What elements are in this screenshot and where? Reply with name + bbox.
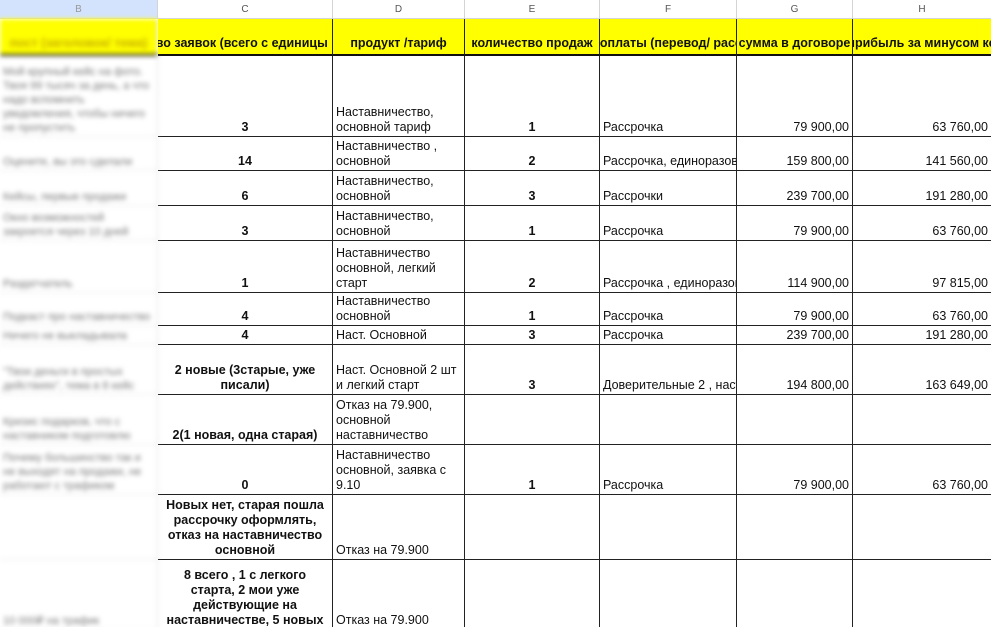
cell-f-row-12[interactable]: [600, 560, 737, 627]
cell-h-row-2[interactable]: 141 560,00: [853, 137, 991, 171]
header-cell-e[interactable]: количество продаж: [465, 19, 600, 56]
cell-c-row-1-text: 3: [242, 120, 249, 135]
cell-f-row-4-text: Рассрочка: [603, 224, 663, 239]
column-header-g[interactable]: G: [737, 0, 853, 19]
cell-f-row-5-text: Рассрочка , единоразово: [603, 276, 737, 291]
column-header-f[interactable]: F: [600, 0, 737, 19]
cell-d-row-2-text: Наставничество , основной: [336, 139, 461, 169]
cell-e-row-4-text: 1: [529, 224, 536, 239]
cell-f-row-7[interactable]: Рассрочка: [600, 326, 737, 345]
cell-h-row-1[interactable]: 63 760,00: [853, 56, 991, 137]
cell-c-row-2[interactable]: 14: [158, 137, 333, 171]
header-cell-c-text: количество заявок (всего с единицы конте…: [158, 36, 333, 51]
cell-g-row-2-text: 159 800,00: [786, 154, 849, 169]
cell-b-row-9-text: Кризис подарков, что с наставником подго…: [3, 415, 154, 443]
cell-c-row-1[interactable]: 3: [158, 56, 333, 137]
cell-f-row-8[interactable]: Доверительные 2 , наставничество: [600, 345, 737, 395]
cell-b-row-6-text: Подкаст про наставничество: [3, 310, 150, 324]
cell-g-row-12[interactable]: [737, 560, 853, 627]
header-cell-g-text: сумма в договоре: [739, 36, 851, 51]
cell-h-row-10[interactable]: 63 760,00: [853, 445, 991, 495]
cell-h-row-7-text: 191 280,00: [925, 328, 988, 343]
cell-f-row-8-text: Доверительные 2 , наставничество: [603, 378, 737, 393]
cell-d-row-6-text: Наставничество основной: [336, 294, 461, 324]
cell-b-row-1[interactable]: Мой крупный кейс на фото. Твоя 99 тысяч …: [0, 56, 158, 137]
cell-f-row-5[interactable]: Рассрочка , единоразово: [600, 241, 737, 293]
cell-d-row-11[interactable]: Отказ на 79.900: [333, 495, 465, 560]
cell-f-row-1[interactable]: Рассрочка: [600, 56, 737, 137]
cell-d-row-9-text: Отказ на 79.900, основной наставничество: [336, 398, 461, 443]
cell-g-row-7-text: 239 700,00: [786, 328, 849, 343]
header-cell-d[interactable]: продукт /тариф: [333, 19, 465, 56]
cell-c-row-3[interactable]: 6: [158, 171, 333, 206]
cell-f-row-3-text: Рассрочки: [603, 189, 663, 204]
cell-f-row-10-text: Рассрочка: [603, 478, 663, 493]
cell-d-row-10-text: Наставничество основной, заявка с 9.10: [336, 448, 461, 493]
cell-f-row-11[interactable]: [600, 495, 737, 560]
spreadsheet: BCDEFGHпост (заголовок/ тема)количество …: [0, 0, 991, 627]
cell-d-row-7[interactable]: Наст. Основной: [333, 326, 465, 345]
cell-b-row-3-text: Кейсы, первые продажи: [3, 190, 126, 204]
cell-e-row-6-text: 1: [529, 309, 536, 324]
cell-h-row-8[interactable]: 163 649,00: [853, 345, 991, 395]
cell-h-row-9[interactable]: [853, 395, 991, 445]
cell-c-row-12-text: 8 всего , 1 с легкого старта, 2 мои уже …: [161, 568, 329, 627]
column-header-c[interactable]: C: [158, 0, 333, 19]
cell-b-row-8-text: "Твои деньги в простых действиях", тема …: [3, 365, 154, 393]
cell-e-row-4[interactable]: 1: [465, 206, 600, 241]
cell-c-row-8-text: 2 новые (3старые, уже писали): [161, 363, 329, 393]
cell-e-row-10-text: 1: [529, 478, 536, 493]
cell-b-row-2-text: Оцените, вы это сделали: [3, 155, 132, 169]
cell-b-row-6[interactable]: Подкаст про наставничество: [0, 293, 158, 326]
cell-d-row-4[interactable]: Наставничество, основной: [333, 206, 465, 241]
cell-b-row-2[interactable]: Оцените, вы это сделали: [0, 137, 158, 171]
cell-c-row-7[interactable]: 4: [158, 326, 333, 345]
cell-e-row-5-text: 2: [529, 276, 536, 291]
cell-h-row-1-text: 63 760,00: [932, 120, 988, 135]
cell-f-row-6-text: Рассрочка: [603, 309, 663, 324]
cell-g-row-10-text: 79 900,00: [793, 478, 849, 493]
cell-b-row-4-text: Окно возможностей закроется через 10 дне…: [3, 211, 154, 239]
column-header-d[interactable]: D: [333, 0, 465, 19]
cell-d-row-7-text: Наст. Основной: [336, 328, 427, 343]
cell-e-row-5[interactable]: 2: [465, 241, 600, 293]
cell-b-row-5-text: Раздатчатель: [3, 277, 73, 291]
header-cell-c[interactable]: количество заявок (всего с единицы конте…: [158, 19, 333, 56]
cell-d-row-12-text: Отказ на 79.900: [336, 613, 429, 627]
header-cell-h-text: чистая прибыль за минусом комиссий: [853, 36, 991, 51]
cell-e-row-11[interactable]: [465, 495, 600, 560]
header-cell-f[interactable]: форма оплаты (перевод/ рассрочка): [600, 19, 737, 56]
header-cell-b-text: пост (заголовок/ тема): [10, 36, 148, 51]
cell-c-row-8[interactable]: 2 новые (3старые, уже писали): [158, 345, 333, 395]
column-header-e[interactable]: E: [465, 0, 600, 19]
cell-g-row-9[interactable]: [737, 395, 853, 445]
cell-c-row-6-text: 4: [242, 309, 249, 324]
cell-e-row-12[interactable]: [465, 560, 600, 627]
cell-c-row-4-text: 3: [242, 224, 249, 239]
cell-g-row-2[interactable]: 159 800,00: [737, 137, 853, 171]
cell-b-row-1-text: Мой крупный кейс на фото. Твоя 99 тысяч …: [3, 65, 154, 135]
cell-b-row-7-text: Ничего не выкладывала: [3, 329, 127, 343]
cell-c-row-5[interactable]: 1: [158, 241, 333, 293]
cell-e-row-1-text: 1: [529, 120, 536, 135]
cell-c-row-9-text: 2(1 новая, одна старая): [173, 428, 318, 443]
cell-f-row-4[interactable]: Рассрочка: [600, 206, 737, 241]
cell-e-row-2-text: 2: [529, 154, 536, 169]
cell-f-row-9[interactable]: [600, 395, 737, 445]
cell-g-row-8-text: 194 800,00: [786, 378, 849, 393]
cell-h-row-3-text: 191 280,00: [925, 189, 988, 204]
cell-c-row-4[interactable]: 3: [158, 206, 333, 241]
cell-g-row-1[interactable]: 79 900,00: [737, 56, 853, 137]
cell-c-row-12[interactable]: 8 всего , 1 с легкого старта, 2 мои уже …: [158, 560, 333, 627]
cell-h-row-7[interactable]: 191 280,00: [853, 326, 991, 345]
cell-g-row-4-text: 79 900,00: [793, 224, 849, 239]
cell-h-row-11[interactable]: [853, 495, 991, 560]
cell-d-row-5-text: Наставничество основной, легкий старт: [336, 246, 461, 291]
cell-g-row-11[interactable]: [737, 495, 853, 560]
cell-b-row-11[interactable]: [0, 495, 158, 560]
cell-h-row-4-text: 63 760,00: [932, 224, 988, 239]
header-cell-f-text: форма оплаты (перевод/ рассрочка): [600, 36, 737, 51]
cell-d-row-9[interactable]: Отказ на 79.900, основной наставничество: [333, 395, 465, 445]
cell-d-row-6[interactable]: Наставничество основной: [333, 293, 465, 326]
cell-f-row-6[interactable]: Рассрочка: [600, 293, 737, 326]
header-cell-d-text: продукт /тариф: [350, 36, 446, 51]
cell-c-row-10[interactable]: 0: [158, 445, 333, 495]
cell-d-row-11-text: Отказ на 79.900: [336, 543, 429, 558]
cell-h-row-5[interactable]: 97 815,00: [853, 241, 991, 293]
header-cell-h[interactable]: чистая прибыль за минусом комиссий: [853, 19, 991, 56]
cell-g-row-8[interactable]: 194 800,00: [737, 345, 853, 395]
cell-g-row-4[interactable]: 79 900,00: [737, 206, 853, 241]
cell-b-row-4[interactable]: Окно возможностей закроется через 10 дне…: [0, 206, 158, 241]
header-cell-b[interactable]: пост (заголовок/ тема): [0, 19, 158, 56]
cell-b-row-12-text: 10 000₽ на трафик: [3, 614, 99, 627]
cell-c-row-11[interactable]: Новых нет, старая пошла рассрочку оформл…: [158, 495, 333, 560]
cell-d-row-5[interactable]: Наставничество основной, легкий старт: [333, 241, 465, 293]
cell-e-row-8[interactable]: 3: [465, 345, 600, 395]
cell-c-row-5-text: 1: [242, 276, 249, 291]
cell-g-row-3-text: 239 700,00: [786, 189, 849, 204]
cell-h-row-8-text: 163 649,00: [925, 378, 988, 393]
cell-g-row-6[interactable]: 79 900,00: [737, 293, 853, 326]
cell-e-row-8-text: 3: [529, 378, 536, 393]
cell-e-row-7[interactable]: 3: [465, 326, 600, 345]
cell-h-row-6-text: 63 760,00: [932, 309, 988, 324]
cell-e-row-10[interactable]: 1: [465, 445, 600, 495]
cell-d-row-12[interactable]: Отказ на 79.900: [333, 560, 465, 627]
cell-e-row-2[interactable]: 2: [465, 137, 600, 171]
cell-e-row-6[interactable]: 1: [465, 293, 600, 326]
cell-b-row-9[interactable]: Кризис подарков, что с наставником подго…: [0, 395, 158, 445]
cell-c-row-9[interactable]: 2(1 новая, одна старая): [158, 395, 333, 445]
column-header-b[interactable]: B: [0, 0, 158, 19]
cell-c-row-2-text: 14: [238, 154, 252, 169]
cell-c-row-10-text: 0: [242, 478, 249, 493]
cell-d-row-10[interactable]: Наставничество основной, заявка с 9.10: [333, 445, 465, 495]
cell-d-row-3[interactable]: Наставничество, основной: [333, 171, 465, 206]
cell-b-row-10[interactable]: Почему большинство так и не выходят на п…: [0, 445, 158, 495]
cell-f-row-7-text: Рассрочка: [603, 328, 663, 343]
cell-b-row-5[interactable]: Раздатчатель: [0, 241, 158, 293]
cell-b-row-10-text: Почему большинство так и не выходят на п…: [3, 451, 154, 493]
header-cell-g[interactable]: сумма в договоре: [737, 19, 853, 56]
cell-h-row-2-text: 141 560,00: [925, 154, 988, 169]
cell-c-row-7-text: 4: [242, 328, 249, 343]
cell-h-row-4[interactable]: 63 760,00: [853, 206, 991, 241]
cell-e-row-9[interactable]: [465, 395, 600, 445]
cell-c-row-6[interactable]: 4: [158, 293, 333, 326]
cell-g-row-3[interactable]: 239 700,00: [737, 171, 853, 206]
cell-g-row-1-text: 79 900,00: [793, 120, 849, 135]
cell-e-row-3[interactable]: 3: [465, 171, 600, 206]
cell-e-row-7-text: 3: [529, 328, 536, 343]
cell-h-row-12[interactable]: [853, 560, 991, 627]
cell-f-row-2[interactable]: Рассрочка, единоразово: [600, 137, 737, 171]
cell-b-row-7[interactable]: Ничего не выкладывала: [0, 326, 158, 345]
cell-f-row-1-text: Рассрочка: [603, 120, 663, 135]
cell-g-row-5[interactable]: 114 900,00: [737, 241, 853, 293]
cell-b-row-12[interactable]: 10 000₽ на трафик: [0, 560, 158, 627]
cell-g-row-6-text: 79 900,00: [793, 309, 849, 324]
column-header-h[interactable]: H: [853, 0, 991, 19]
cell-h-row-5-text: 97 815,00: [932, 276, 988, 291]
cell-h-row-10-text: 63 760,00: [932, 478, 988, 493]
cell-e-row-3-text: 3: [529, 189, 536, 204]
cell-d-row-1-text: Наставничество, основной тариф: [336, 105, 461, 135]
cell-g-row-10[interactable]: 79 900,00: [737, 445, 853, 495]
cell-c-row-11-text: Новых нет, старая пошла рассрочку оформл…: [161, 498, 329, 558]
cell-c-row-3-text: 6: [242, 189, 249, 204]
cell-h-row-3[interactable]: 191 280,00: [853, 171, 991, 206]
cell-f-row-2-text: Рассрочка, единоразово: [603, 154, 737, 169]
cell-h-row-6[interactable]: 63 760,00: [853, 293, 991, 326]
cell-d-row-8[interactable]: Наст. Основной 2 шт и легкий старт: [333, 345, 465, 395]
cell-d-row-8-text: Наст. Основной 2 шт и легкий старт: [336, 363, 461, 393]
cell-g-row-5-text: 114 900,00: [787, 276, 849, 291]
cell-b-row-3[interactable]: Кейсы, первые продажи: [0, 171, 158, 206]
cell-b-row-8[interactable]: "Твои деньги в простых действиях", тема …: [0, 345, 158, 395]
cell-d-row-3-text: Наставничество, основной: [336, 174, 461, 204]
cell-d-row-4-text: Наставничество, основной: [336, 209, 461, 239]
cell-f-row-10[interactable]: Рассрочка: [600, 445, 737, 495]
cell-d-row-2[interactable]: Наставничество , основной: [333, 137, 465, 171]
cell-g-row-7[interactable]: 239 700,00: [737, 326, 853, 345]
header-cell-e-text: количество продаж: [471, 36, 592, 51]
cell-f-row-3[interactable]: Рассрочки: [600, 171, 737, 206]
cell-e-row-1[interactable]: 1: [465, 56, 600, 137]
cell-d-row-1[interactable]: Наставничество, основной тариф: [333, 56, 465, 137]
